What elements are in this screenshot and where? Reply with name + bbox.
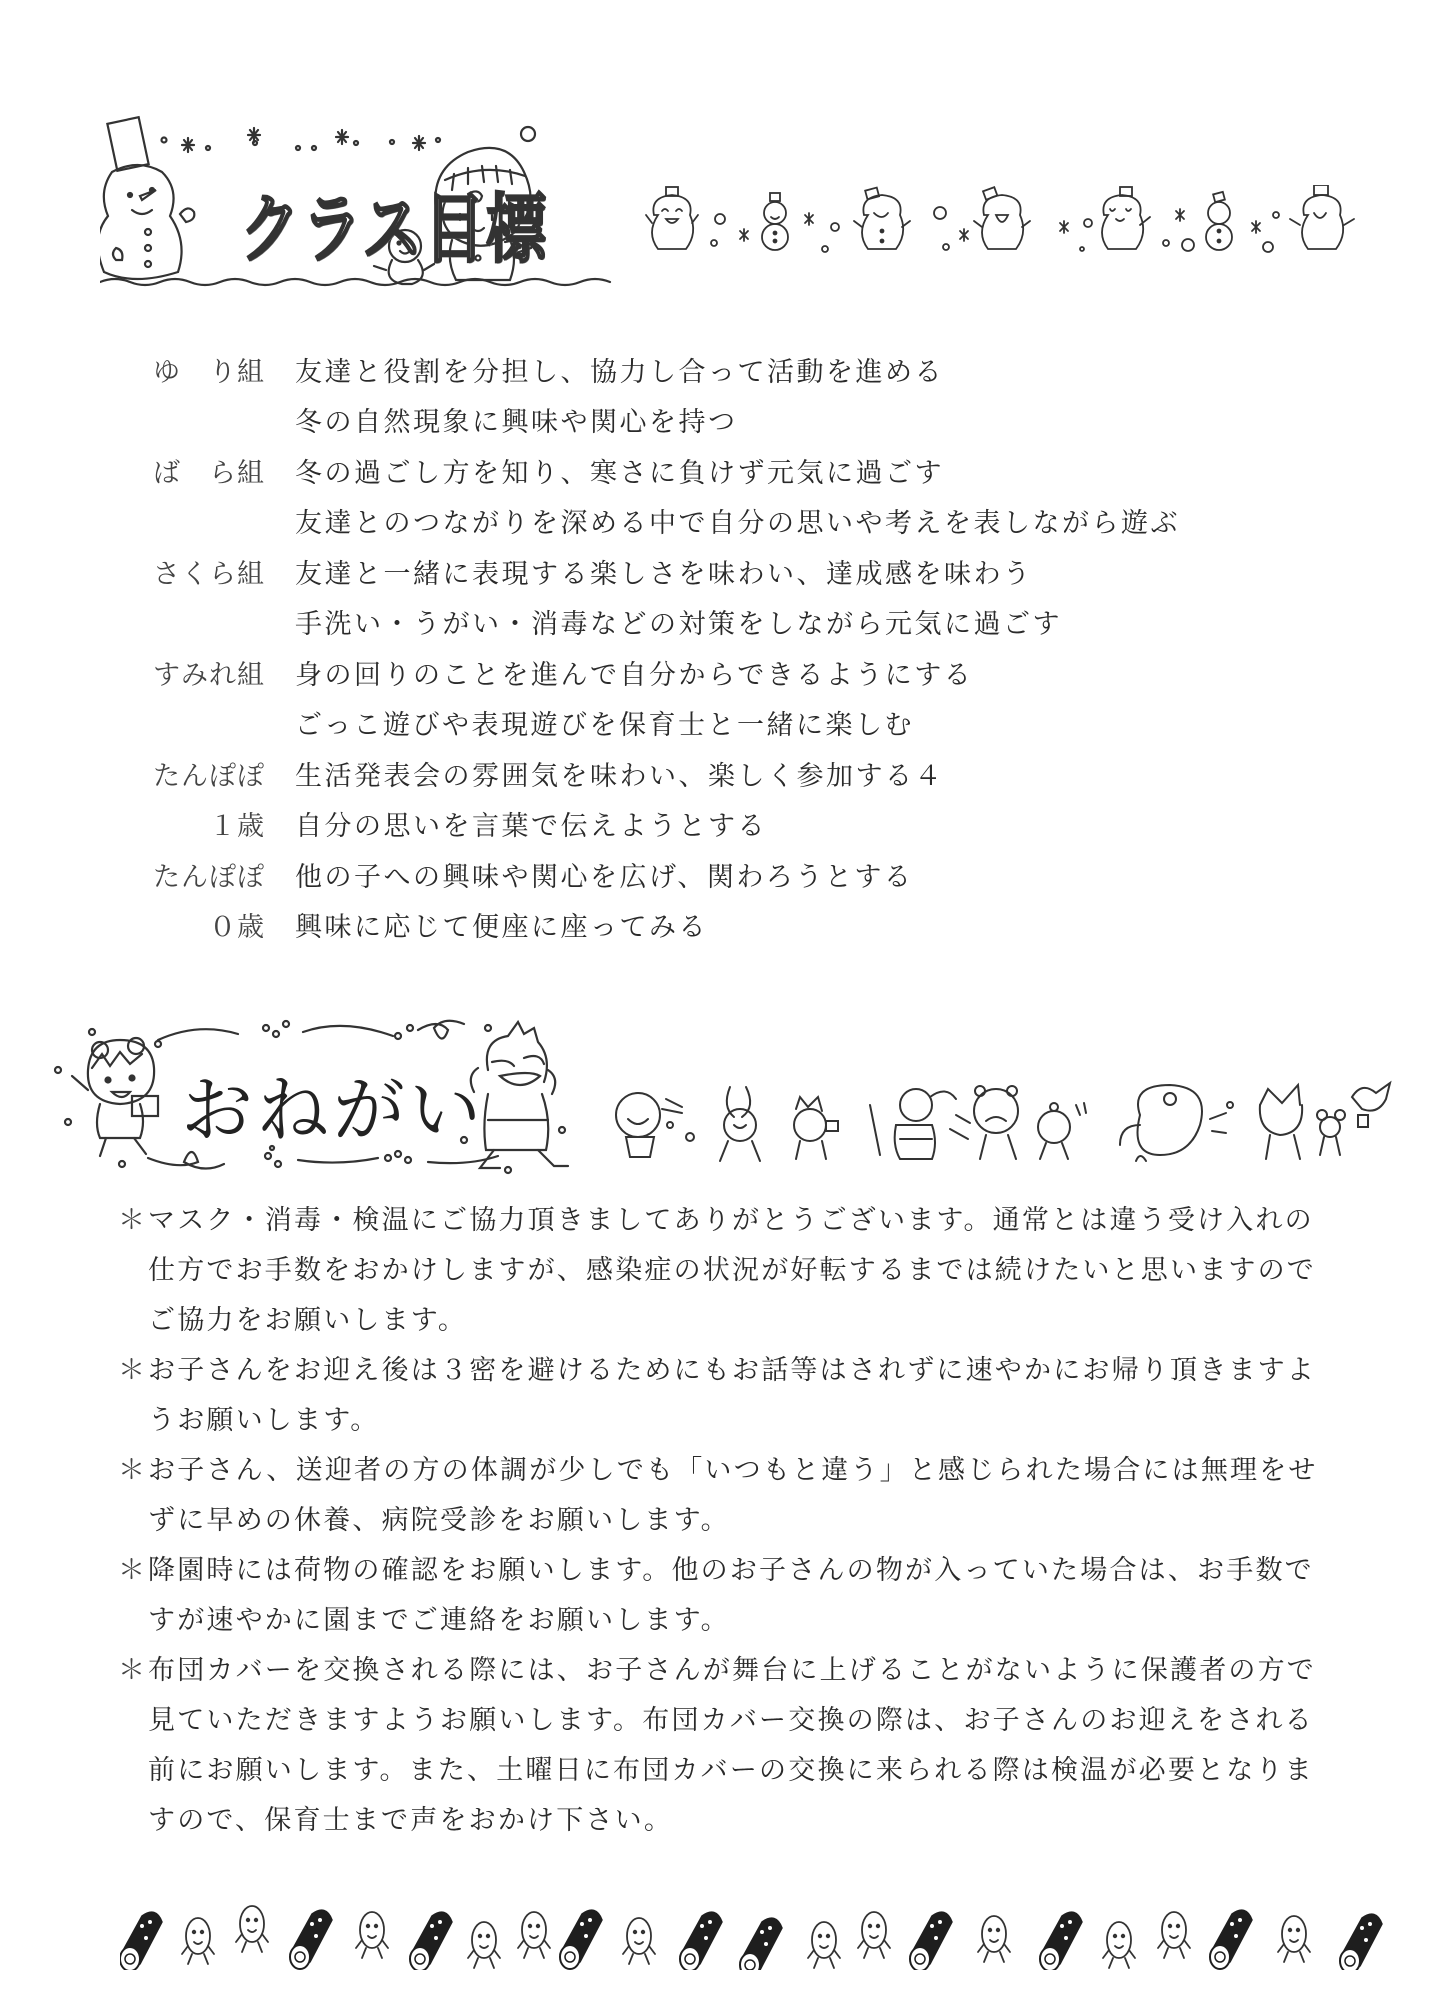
setsubun-animals-border-row <box>600 1075 1400 1165</box>
goal-row: さくら組 友達と一緒に表現する楽しさを味わい、達成感を味わう <box>118 546 1218 597</box>
snowman-border-row <box>640 185 1420 265</box>
class-label: １歳 <box>118 804 265 843</box>
class-label: たんぽぽ <box>118 754 265 793</box>
goal-text: 友達と役割を分担し、協力し合って活動を進める <box>295 350 944 389</box>
requests-title: おねがい <box>181 1052 485 1156</box>
goal-row: すみれ組 身の回りのことを進んで自分からできるようにする <box>118 647 1218 698</box>
goal-row: ごっこ遊びや表現遊びを保育士と一緒に楽しむ <box>118 698 1218 749</box>
class-label: ゆ り組 <box>118 350 265 389</box>
snowman-border-icon <box>640 185 1420 265</box>
goal-row: ば ら組 冬の過ごし方を知り、寒さに負けず元気に過ごす <box>118 445 1218 496</box>
goal-text: 友達とのつながりを深める中で自分の思いや考えを表しながら遊ぶ <box>295 501 1180 540</box>
request-line: マスク・消毒・検温にご協力頂きましてありがとうございます。通常とは違う受け入れの <box>148 1196 1338 1246</box>
goal-row: 手洗い・うがい・消毒などの対策をしながら元気に過ごす <box>118 597 1218 648</box>
request-line: お子さん、送迎者の方の体調が少しでも「いつもと違う」と感じられた場合には無理をせ <box>148 1446 1338 1496</box>
goal-row: ０歳 興味に応じて便座に座ってみる <box>118 900 1218 951</box>
request-item: ＊ お子さん、送迎者の方の体調が少しでも「いつもと違う」と感じられた場合には無理… <box>118 1446 1338 1546</box>
request-item: ＊ お子さんをお迎え後は３密を避けるためにもお話等はされずに速やかにお帰り頂きま… <box>118 1346 1338 1446</box>
class-label: ば ら組 <box>118 451 265 490</box>
goal-text: 自分の思いを言葉で伝えようとする <box>295 804 767 843</box>
request-line: すので、保育士まで声をおかけ下さい。 <box>148 1796 1338 1846</box>
class-goals-list: ゆ り組 友達と役割を分担し、協力し合って活動を進める 冬の自然現象に興味や関心… <box>118 344 1218 950</box>
request-line: 前にお願いします。また、土曜日に布団カバーの交換に来られる際は検温が必要となりま <box>148 1746 1338 1796</box>
asterisk-bullet-icon: ＊ <box>118 1446 147 1496</box>
class-label: ０歳 <box>118 905 265 944</box>
goal-text: 手洗い・うがい・消毒などの対策をしながら元気に過ごす <box>295 602 1062 641</box>
goal-text: 冬の過ごし方を知り、寒さに負けず元気に過ごす <box>295 451 944 490</box>
class-label: すみれ組 <box>118 653 265 692</box>
requests-list: ＊ マスク・消毒・検温にご協力頂きましてありがとうございます。通常とは違う受け入… <box>118 1196 1338 1846</box>
class-goals-banner: クラス目標 <box>100 110 620 290</box>
goal-text: 冬の自然現象に興味や関心を持つ <box>295 400 738 439</box>
request-line: ずに早めの休養、病院受診をお願いします。 <box>148 1496 1338 1546</box>
setsubun-animals-border-icon <box>600 1075 1400 1165</box>
goal-text: ごっこ遊びや表現遊びを保育士と一緒に楽しむ <box>295 703 914 742</box>
class-label: たんぽぽ <box>118 855 265 894</box>
request-item: ＊ 降園時には荷物の確認をお願いします。他のお子さんの物が入っていた場合は、お手… <box>118 1546 1338 1646</box>
class-goals-title: クラス目標 <box>240 170 548 278</box>
request-item: ＊ 布団カバーを交換される際には、お子さんが舞台に上げることがないように保護者の… <box>118 1646 1338 1846</box>
asterisk-bullet-icon: ＊ <box>118 1346 147 1396</box>
goal-row: ゆ り組 友達と役割を分担し、協力し合って活動を進める <box>118 344 1218 395</box>
goal-row: １歳 自分の思いを言葉で伝えようとする <box>118 799 1218 850</box>
request-line: ご協力をお願いします。 <box>148 1296 1338 1346</box>
ehomaki-beans-border-row <box>120 1900 1390 1970</box>
goal-text: 生活発表会の雰囲気を味わい、楽しく参加する４ <box>295 754 944 793</box>
asterisk-bullet-icon: ＊ <box>118 1196 147 1246</box>
request-line: 見ていただきますようお願いします。布団カバー交換の際は、お子さんのお迎えをされる <box>148 1696 1338 1746</box>
request-line: すが速やかに園までご連絡をお願いします。 <box>148 1596 1338 1646</box>
goal-row: たんぽぽ 生活発表会の雰囲気を味わい、楽しく参加する４ <box>118 748 1218 799</box>
request-line: 仕方でお手数をおかけしますが、感染症の状況が好転するまでは続けたいと思いますので <box>148 1246 1338 1296</box>
newsletter-page: クラス目標 <box>0 0 1429 2013</box>
request-item: ＊ マスク・消毒・検温にご協力頂きましてありがとうございます。通常とは違う受け入… <box>118 1196 1338 1346</box>
goal-row: 友達とのつながりを深める中で自分の思いや考えを表しながら遊ぶ <box>118 496 1218 547</box>
goal-text: 他の子への興味や関心を広げ、関わろうとする <box>295 855 913 894</box>
request-line: 布団カバーを交換される際には、お子さんが舞台に上げることがないように保護者の方で <box>148 1646 1338 1696</box>
goal-text: 身の回りのことを進んで自分からできるようにする <box>295 653 973 692</box>
request-line: うお願いします。 <box>148 1396 1338 1446</box>
class-label: さくら組 <box>118 552 265 591</box>
goal-text: 興味に応じて便座に座ってみる <box>295 905 708 944</box>
asterisk-bullet-icon: ＊ <box>118 1546 147 1596</box>
goal-row: 冬の自然現象に興味や関心を持つ <box>118 395 1218 446</box>
asterisk-bullet-icon: ＊ <box>118 1646 147 1696</box>
ehomaki-beans-border-icon <box>120 1900 1390 1970</box>
goal-row: たんぽぽ 他の子への興味や関心を広げ、関わろうとする <box>118 849 1218 900</box>
requests-banner: おねがい <box>48 1010 608 1180</box>
request-line: 降園時には荷物の確認をお願いします。他のお子さんの物が入っていた場合は、お手数で <box>148 1546 1338 1596</box>
request-line: お子さんをお迎え後は３密を避けるためにもお話等はされずに速やかにお帰り頂きますよ <box>148 1346 1338 1396</box>
goal-text: 友達と一緒に表現する楽しさを味わい、達成感を味わう <box>295 552 1033 591</box>
